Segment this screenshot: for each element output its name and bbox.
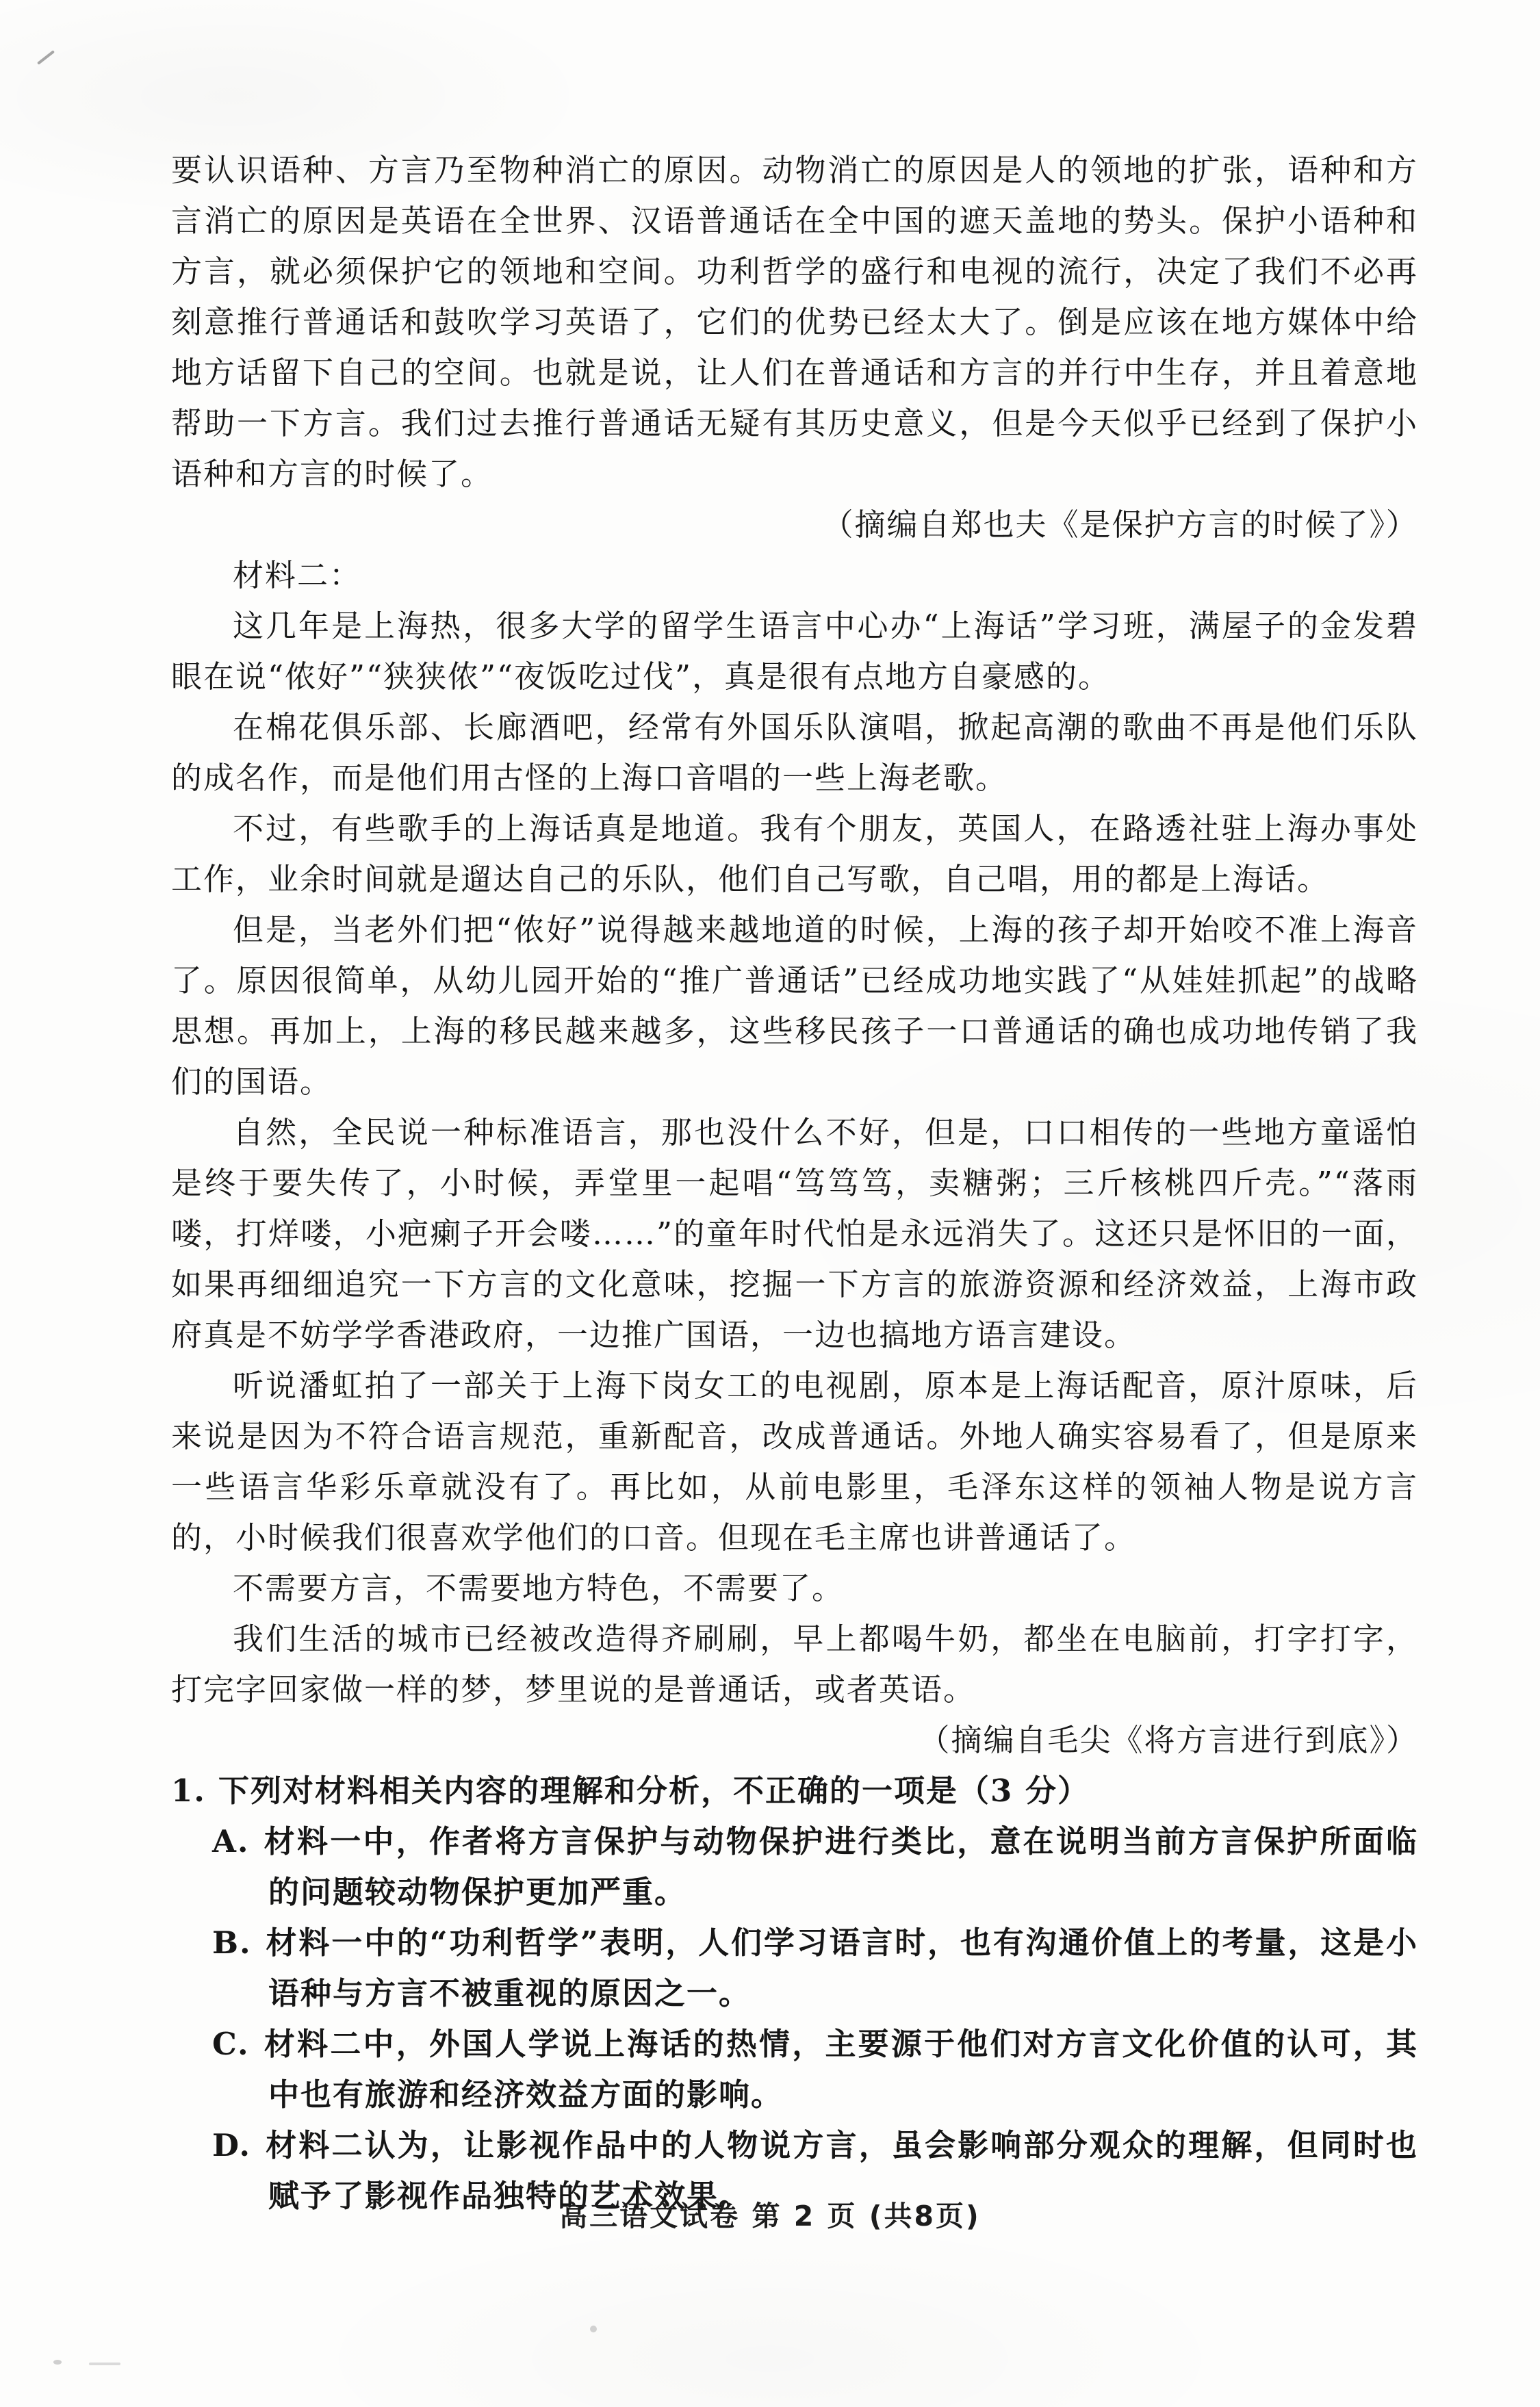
pen-mark-icon [37,50,55,65]
scan-smudge-icon [89,2363,120,2365]
material-two-paragraph: 在棉花俱乐部、长廊酒吧，经常有外国乐队演唱，掀起高潮的歌曲不再是他们乐队的成名作… [171,702,1418,803]
material-one-continuation-paragraph: 要认识语种、方言乃至物种消亡的原因。动物消亡的原因是人的领地的扩张，语种和方言消… [171,145,1418,500]
question-number: 1. [171,1773,218,1809]
material-two-paragraph: 但是，当老外们把“侬好”说得越来越地道的时候，上海的孩子却开始咬不准上海音了。原… [171,905,1418,1107]
option-a: A.材料一中，作者将方言保护与动物保护进行类比，意在说明当前方言保护所面临的问题… [171,1816,1418,1918]
option-b: B.材料一中的“功利哲学”表明，人们学习语言时，也有沟通价值上的考量，这是小语种… [171,1918,1418,2019]
option-c-text: 材料二中，外国人学说上海话的热情，主要源于他们对方言文化价值的认可，其中也有旅游… [264,2026,1418,2113]
material-two-paragraph: 不过，有些歌手的上海话真是地道。我有个朋友，英国人，在路透社驻上海办事处工作，业… [171,803,1418,905]
page-footer: 高三语文试卷 第 2 页 (共8页) [0,2193,1540,2234]
option-d-label: D. [212,2127,265,2163]
scan-smudge-icon [53,2360,62,2365]
material-two-paragraph: 我们生活的城市已经被改造得齐刷刷，早上都喝牛奶，都坐在电脑前，打字打字，打完字回… [171,1614,1418,1715]
material-two-paragraph: 不需要方言，不需要地方特色，不需要了。 [171,1563,1418,1614]
option-a-text: 材料一中，作者将方言保护与动物保护进行类比，意在说明当前方言保护所面临的问题较动… [264,1823,1418,1910]
option-b-label: B. [212,1925,266,1961]
option-c-label: C. [212,2026,264,2062]
question-1-stem-row: 1.下列对材料相关内容的理解和分析，不正确的一项是（3 分） [171,1766,1418,1816]
exam-page: 要认识语种、方言乃至物种消亡的原因。动物消亡的原因是人的领地的扩张，语种和方言消… [0,0,1540,2407]
material-two-paragraph: 自然，全民说一种标准语言，那也没什么不好，但是，口口相传的一些地方童谣怕是终于要… [171,1107,1418,1361]
material-two-paragraph: 听说潘虹拍了一部关于上海下岗女工的电视剧，原本是上海话配音，原汁原味，后来说是因… [171,1361,1418,1563]
question-1-block: 1.下列对材料相关内容的理解和分析，不正确的一项是（3 分） A.材料一中，作者… [171,1766,1418,2222]
scan-smudge-icon [590,2326,597,2332]
material-two-paragraph: 这几年是上海热，很多大学的留学生语言中心办“上海话”学习班，满屋子的金发碧眼在说… [171,601,1418,702]
exam-text-block: 要认识语种、方言乃至物种消亡的原因。动物消亡的原因是人的领地的扩张，语种和方言消… [171,145,1418,2222]
option-a-label: A. [212,1823,264,1859]
option-b-text: 材料一中的“功利哲学”表明，人们学习语言时，也有沟通价值上的考量，这是小语种与方… [266,1925,1418,2011]
option-c: C.材料二中，外国人学说上海话的热情，主要源于他们对方言文化价值的认可，其中也有… [171,2019,1418,2120]
material-one-attribution: （摘编自郑也夫《是保护方言的时候了》） [171,500,1418,550]
question-stem: 下列对材料相关内容的理解和分析，不正确的一项是（3 分） [218,1773,1090,1809]
material-two-label: 材料二： [171,550,1418,601]
material-two-attribution: （摘编自毛尖《将方言进行到底》） [171,1715,1418,1766]
